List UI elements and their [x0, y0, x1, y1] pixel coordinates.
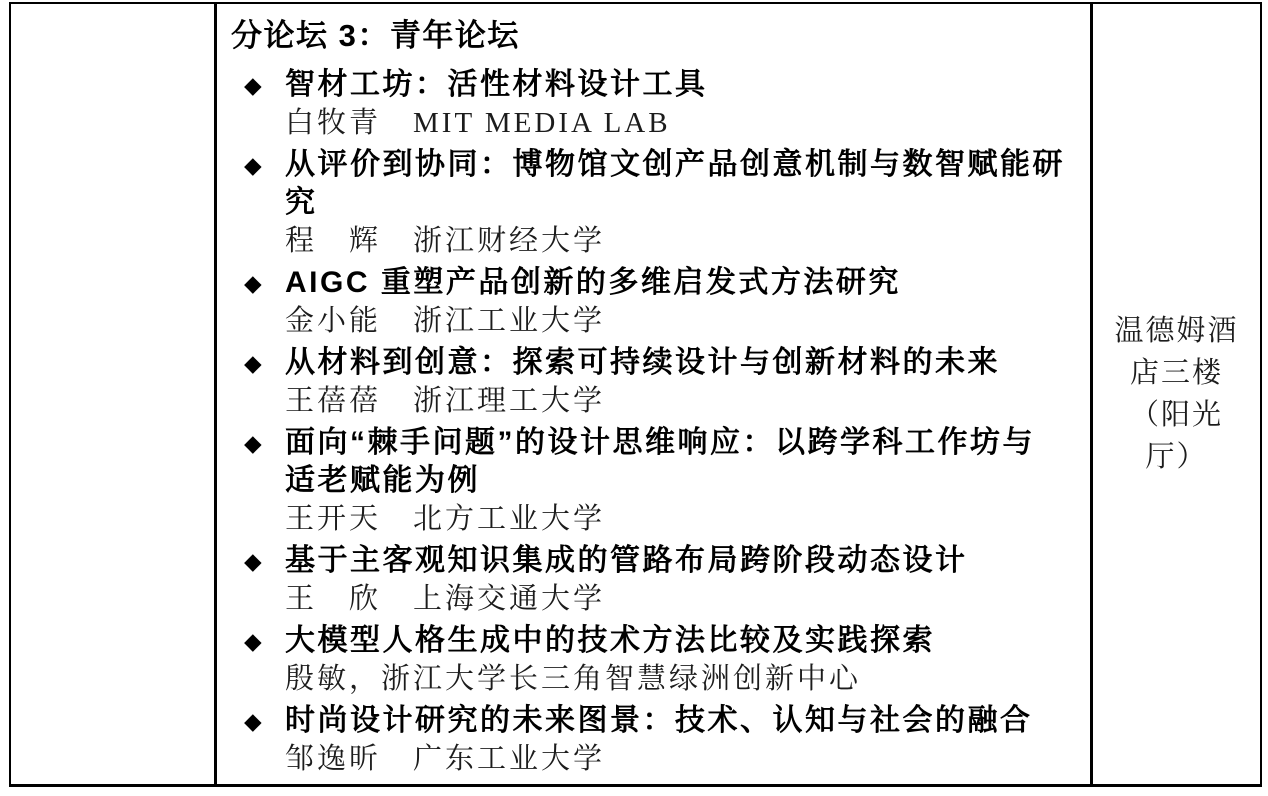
talk-presenter: 王开天 北方工业大学	[285, 500, 1080, 538]
diamond-bullet-icon: ◆	[244, 264, 272, 302]
diamond-bullet-icon: ◆	[244, 702, 272, 740]
talk-presenter: 邹逸昕 广东工业大学	[285, 740, 1080, 778]
talk-item: ◆基于主客观知识集成的管路布局跨阶段动态设计王 欣 上海交通大学	[231, 542, 1080, 618]
talk-item: ◆AIGC 重塑产品创新的多维启发式方法研究金小能 浙江工业大学	[231, 264, 1080, 340]
talk-presenter: 王蓓蓓 浙江理工大学	[285, 382, 1080, 420]
venue-text: 温德姆酒店三楼（阳光厅）	[1114, 310, 1238, 478]
talk-text: 时尚设计研究的未来图景：技术、认知与社会的融合邹逸昕 广东工业大学	[285, 702, 1080, 778]
talk-title-line: 时尚设计研究的未来图景：技术、认知与社会的融合	[285, 702, 1080, 740]
talk-presenter: 王 欣 上海交通大学	[285, 580, 1080, 618]
talk-title-line: 基于主客观知识集成的管路布局跨阶段动态设计	[285, 542, 1080, 580]
venue-text-line: 厅）	[1114, 436, 1238, 478]
program-table-row: 分论坛 3：青年论坛 ◆智材工坊：活性材料设计工具白牧青 MIT MEDIA L…	[9, 2, 1262, 787]
talk-title-line: 从评价到协同：博物馆文创产品创意机制与数智赋能研	[285, 146, 1080, 184]
talk-text: 基于主客观知识集成的管路布局跨阶段动态设计王 欣 上海交通大学	[285, 542, 1080, 618]
talk-item: ◆从材料到创意：探索可持续设计与创新材料的未来王蓓蓓 浙江理工大学	[231, 344, 1080, 420]
diamond-bullet-icon: ◆	[244, 424, 272, 462]
diamond-bullet-icon: ◆	[244, 622, 272, 660]
session-title: 分论坛 3：青年论坛	[231, 16, 1080, 56]
venue-text-line: （阳光	[1114, 394, 1238, 436]
talk-presenter: 程 辉 浙江财经大学	[285, 222, 1080, 260]
diamond-bullet-icon: ◆	[244, 542, 272, 580]
talk-presenter: 殷敏，浙江大学长三角智慧绿洲创新中心	[285, 660, 1080, 698]
talk-list: ◆智材工坊：活性材料设计工具白牧青 MIT MEDIA LAB◆从评价到协同：博…	[231, 66, 1080, 778]
talk-text: AIGC 重塑产品创新的多维启发式方法研究金小能 浙江工业大学	[285, 264, 1080, 340]
talk-presenter: 金小能 浙江工业大学	[285, 302, 1080, 340]
talk-title-line: 大模型人格生成中的技术方法比较及实践探索	[285, 622, 1080, 660]
talk-presenter: 白牧青 MIT MEDIA LAB	[285, 104, 1080, 142]
talk-title-line: 面向“棘手问题”的设计思维响应：以跨学科工作坊与	[285, 424, 1080, 462]
talk-text: 大模型人格生成中的技术方法比较及实践探索殷敏，浙江大学长三角智慧绿洲创新中心	[285, 622, 1080, 698]
venue-cell: 温德姆酒店三楼（阳光厅）	[1090, 4, 1260, 784]
talk-title-line: 智材工坊：活性材料设计工具	[285, 66, 1080, 104]
talk-title-line: 从材料到创意：探索可持续设计与创新材料的未来	[285, 344, 1080, 382]
diamond-bullet-icon: ◆	[244, 344, 272, 382]
talk-title-line: 适老赋能为例	[285, 462, 1080, 500]
venue-text-line: 温德姆酒	[1114, 310, 1238, 352]
talk-text: 从评价到协同：博物馆文创产品创意机制与数智赋能研究程 辉 浙江财经大学	[285, 146, 1080, 260]
talk-title-line: 究	[285, 184, 1080, 222]
program-page: 分论坛 3：青年论坛 ◆智材工坊：活性材料设计工具白牧青 MIT MEDIA L…	[0, 0, 1268, 796]
talk-item: ◆从评价到协同：博物馆文创产品创意机制与数智赋能研究程 辉 浙江财经大学	[231, 146, 1080, 260]
diamond-bullet-icon: ◆	[244, 66, 272, 104]
talk-item: ◆时尚设计研究的未来图景：技术、认知与社会的融合邹逸昕 广东工业大学	[231, 702, 1080, 778]
session-cell: 分论坛 3：青年论坛 ◆智材工坊：活性材料设计工具白牧青 MIT MEDIA L…	[217, 4, 1090, 784]
talk-title-line: AIGC 重塑产品创新的多维启发式方法研究	[285, 264, 1080, 302]
talk-text: 面向“棘手问题”的设计思维响应：以跨学科工作坊与适老赋能为例王开天 北方工业大学	[285, 424, 1080, 538]
talk-item: ◆智材工坊：活性材料设计工具白牧青 MIT MEDIA LAB	[231, 66, 1080, 142]
talk-text: 从材料到创意：探索可持续设计与创新材料的未来王蓓蓓 浙江理工大学	[285, 344, 1080, 420]
talk-item: ◆大模型人格生成中的技术方法比较及实践探索殷敏，浙江大学长三角智慧绿洲创新中心	[231, 622, 1080, 698]
talk-item: ◆面向“棘手问题”的设计思维响应：以跨学科工作坊与适老赋能为例王开天 北方工业大…	[231, 424, 1080, 538]
time-cell-empty	[11, 4, 217, 784]
venue-text-line: 店三楼	[1114, 352, 1238, 394]
diamond-bullet-icon: ◆	[244, 146, 272, 184]
talk-text: 智材工坊：活性材料设计工具白牧青 MIT MEDIA LAB	[285, 66, 1080, 142]
